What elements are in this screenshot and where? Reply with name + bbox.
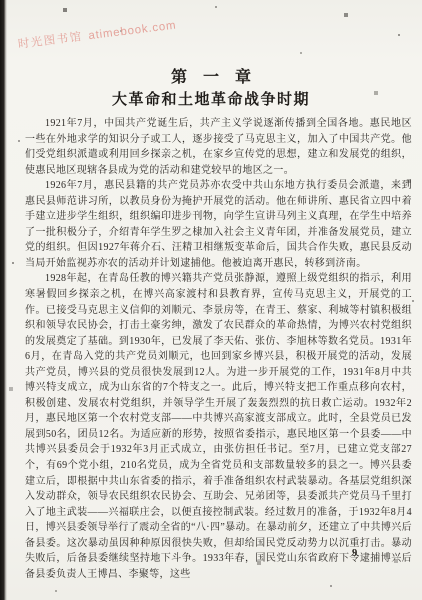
chapter-number-heading: 第 一 章 [0,64,422,87]
watermark-library-name: 时光图书馆 [17,31,83,51]
scanned-book-page: 时光图书馆atimebook.com 第 一 章 大革命和土地革命战争时期 19… [0,0,422,600]
watermark-site-url: atimebook.com [88,20,177,43]
library-watermark: 时光图书馆atimebook.com [17,17,177,52]
chapter-title-heading: 大革命和土地革命战争时期 [0,88,422,109]
paragraph: 1926年7月，惠民县籍的共产党员苏亦农受中共山东地方执行委员会派遣，来到惠民县… [25,178,412,271]
page-number: 9 [352,548,357,559]
paragraph: 1921年7月，中国共产党诞生后，共产主义学说逐渐传播到全国各地。惠民地区一些在… [25,116,412,178]
scan-noise-specks [0,0,2,2]
body-text-block: 1921年7月，中国共产党诞生后，共产主义学说逐渐传播到全国各地。惠民地区一些在… [25,116,412,582]
paragraph: 1928年起，在青岛任教的博兴籍共产党员张静源，遵照上级党组织的指示，利用寒暑假… [25,271,412,582]
